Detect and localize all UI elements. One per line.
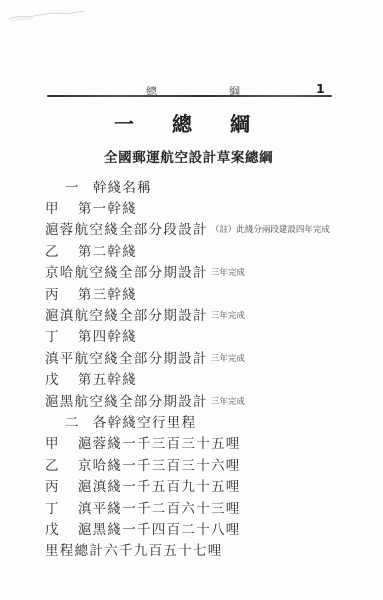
- page-title: 一總綱: [0, 108, 383, 137]
- trunkline-detail: 滇平航空綫全部分期設計 三年完成: [45, 346, 365, 367]
- line-text: 滬滇綫一千五百九十五哩: [78, 475, 241, 495]
- line-text: 第二幹綫: [78, 240, 137, 260]
- title-char-1: 一: [114, 112, 135, 136]
- mileage-item: 戊 滬黑綫一千四百二十八哩: [45, 517, 365, 538]
- content: 一 幹綫名稱 甲 第一幹綫 滬蓉航空綫全部分段設計 （註）此綫分兩段建設四年完成…: [45, 175, 365, 560]
- section-heading: 二 各幹綫空行里程: [45, 410, 365, 431]
- title-char-2: 總: [172, 112, 193, 136]
- line-label: 丁: [45, 497, 60, 517]
- line-text: 滬黑綫一千四百二十八哩: [78, 518, 241, 538]
- line-label: 丙: [45, 475, 60, 495]
- line-label: 戊: [45, 368, 60, 388]
- header-rule: [47, 95, 332, 97]
- trunkline-detail: 滬滇航空綫全部分期設計 三年完成: [45, 303, 365, 324]
- line-label: 甲: [45, 197, 60, 217]
- mileage-total: 里程總計六千九百五十七哩: [45, 539, 365, 560]
- line-note: 三年完成: [211, 352, 245, 364]
- section-number: 一: [65, 176, 80, 196]
- pencil-mark: [7, 8, 87, 24]
- line-text: 滇平綫一千二百六十三哩: [78, 497, 241, 517]
- subtitle: 全國郵運航空設計草案總綱: [104, 146, 273, 166]
- line-label: 乙: [45, 454, 60, 474]
- trunkline-detail: 滬蓉航空綫全部分段設計 （註）此綫分兩段建設四年完成: [45, 218, 365, 239]
- line-text: 第五幹綫: [78, 368, 137, 388]
- line-text: 滬蓉綫一千三百三十五哩: [78, 432, 241, 452]
- line-label: 戊: [45, 518, 60, 538]
- line-label: 甲: [45, 432, 60, 452]
- mileage-item: 甲 滬蓉綫一千三百三十五哩: [45, 432, 365, 453]
- line-text: 第三幹綫: [78, 283, 137, 303]
- line-note: （註）此綫分兩段建設四年完成: [211, 223, 330, 235]
- mileage-item: 丁 滇平綫一千二百六十三哩: [45, 496, 365, 517]
- trunkline-item: 甲 第一幹綫: [45, 196, 365, 217]
- page-number: 1: [316, 81, 325, 96]
- trunkline-item: 丙 第三幹綫: [45, 282, 365, 303]
- line-label: 乙: [45, 240, 60, 260]
- line-note: 三年完成: [211, 395, 245, 407]
- trunkline-item: 丁 第四幹綫: [45, 325, 365, 346]
- line-text: 滬蓉航空綫全部分段設計: [45, 218, 208, 238]
- line-text: 滬滇航空綫全部分期設計: [45, 304, 208, 324]
- mileage-item: 乙 京哈綫一千三百三十六哩: [45, 453, 365, 474]
- line-text: 滬黑航空綫全部分期設計: [45, 390, 208, 410]
- mileage-item: 丙 滬滇綫一千五百九十五哩: [45, 474, 365, 495]
- section-heading: 一 幹綫名稱: [45, 175, 365, 196]
- line-text: 滇平航空綫全部分期設計: [45, 347, 208, 367]
- line-label: 丁: [45, 325, 60, 345]
- trunkline-item: 戊 第五幹綫: [45, 368, 365, 389]
- line-text: 第四幹綫: [78, 325, 137, 345]
- trunkline-item: 乙 第二幹綫: [45, 239, 365, 260]
- scanned-book-page: 總 綱 1 一總綱 全國郵運航空設計草案總綱 一 幹綫名稱 甲 第一幹綫 滬蓉航…: [0, 0, 383, 600]
- section-title: 幹綫名稱: [93, 176, 152, 196]
- line-text: 里程總計六千九百五十七哩: [45, 539, 223, 559]
- title-char-3: 綱: [230, 112, 251, 136]
- line-text: 京哈航空綫全部分期設計: [45, 261, 208, 281]
- trunkline-detail: 滬黑航空綫全部分期設計 三年完成: [45, 389, 365, 410]
- line-note: 三年完成: [211, 309, 245, 321]
- line-note: 三年完成: [211, 266, 245, 278]
- section-title: 各幹綫空行里程: [93, 411, 197, 431]
- line-text: 第一幹綫: [78, 197, 137, 217]
- line-label: 丙: [45, 283, 60, 303]
- section-number: 二: [65, 411, 80, 431]
- trunkline-detail: 京哈航空綫全部分期設計 三年完成: [45, 261, 365, 282]
- line-text: 京哈綫一千三百三十六哩: [78, 454, 241, 474]
